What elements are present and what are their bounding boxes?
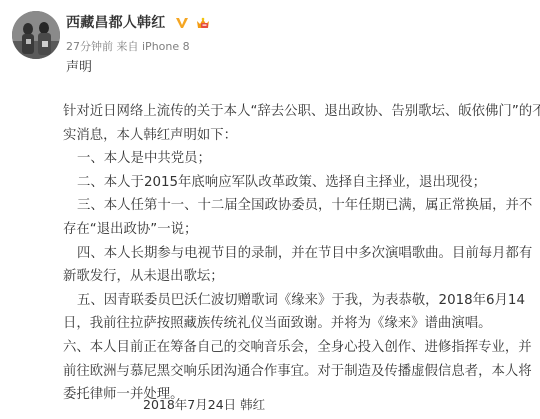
avatar[interactable]: [12, 11, 60, 59]
body-line: 一、本人是中共党员；: [63, 147, 533, 171]
timestamp[interactable]: 27分钟前: [66, 40, 113, 53]
body-line: 针对近日网络上流传的关于本人“辞去公职、退出政协、告别歌坛、皈依佛门”的不: [63, 100, 533, 124]
body-line: 日，我前往拉萨按照藏族传统礼仪当面致谢。并将为《缘来》谱曲演唱。: [63, 312, 533, 336]
author-name[interactable]: 西藏昌都人韩红: [66, 12, 165, 32]
post-body: 针对近日网络上流传的关于本人“辞去公职、退出政协、告别歌坛、皈依佛门”的不 实消…: [63, 100, 533, 407]
post-title: 声明: [66, 56, 92, 75]
body-line: 五、因青联委员巴沃仁波切赠歌词《缘来》于我，为表恭敬，2018年6月14: [63, 289, 533, 313]
avatar-photo-icon: [12, 11, 60, 59]
verified-icon: [175, 15, 189, 29]
body-line: 三、本人任第十一、十二届全国政协委员，十年任期已满，属正常换届，并不: [63, 194, 533, 218]
body-line: 前往欧洲与慕尼黑交响乐团沟通合作事宜。对于制造及传播虚假信息者，本人将: [63, 360, 533, 384]
body-line: 六、本人目前正在筹备自己的交响音乐会，全身心投入创作、进修指挥专业，并: [63, 336, 533, 360]
signature: 2018年7月24日 韩红: [143, 395, 265, 413]
post-header: 西藏昌都人韩红: [66, 12, 211, 32]
body-line: 四、本人长期参与电视节目的录制，并在节目中多次演唱歌曲。目前每月都有: [63, 242, 533, 266]
body-line: 新歌发行，从未退出歌坛；: [63, 265, 533, 289]
body-line: 实消息，本人韩红声明如下：: [63, 124, 533, 148]
body-line: 委托律师一并处理。: [63, 383, 533, 407]
body-line: 二、本人于2015年底响应军队改革政策、选择自主择业，退出现役；: [63, 171, 533, 195]
source-prefix: 来自: [117, 40, 139, 53]
crown-icon[interactable]: [195, 15, 211, 29]
body-line: 存在“退出政协”一说；: [63, 218, 533, 242]
source-device[interactable]: iPhone 8: [142, 40, 190, 53]
post-meta: 27分钟前 来自 iPhone 8: [66, 38, 190, 54]
